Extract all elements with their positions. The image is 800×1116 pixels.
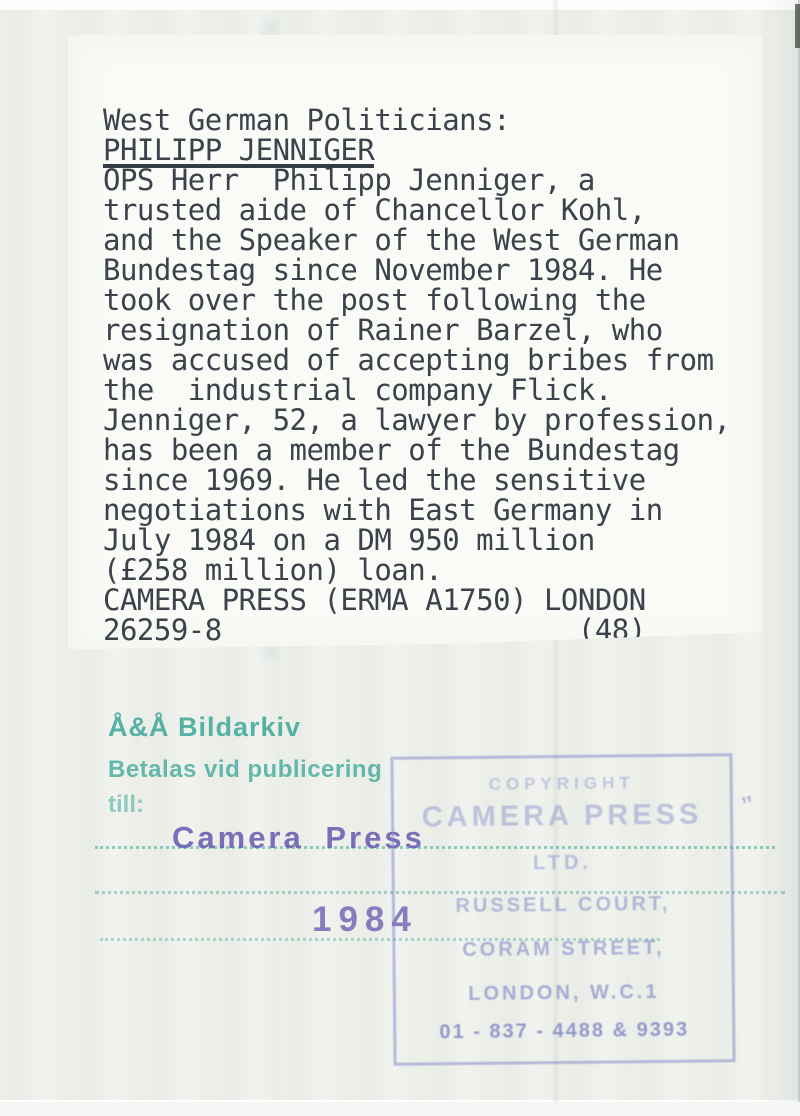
scanned-photo-back: West German Politicians: PHILIPP JENNIGE…	[0, 0, 800, 1116]
copyright-box-stamp: COPYRIGHT CAMERA PRESS LTD. RUSSELL COUR…	[390, 753, 735, 1066]
copyright-address-street: CORAM STREET,	[395, 936, 731, 963]
caption-line: and the Speaker of the West German	[103, 225, 753, 255]
caption-line: since 1969. He led the sensitive	[103, 465, 753, 495]
caption-line: Jenniger, 52, a lawyer by profession,	[103, 405, 753, 435]
copyright-label: COPYRIGHT	[394, 772, 730, 796]
copyright-ltd: LTD.	[394, 850, 730, 877]
caption-line: negotiations with East Germany in	[103, 495, 753, 525]
caption-line: resignation of Rainer Barzel, who	[103, 315, 753, 345]
caption-category: West German Politicians:	[103, 105, 753, 135]
scan-bottom-margin	[0, 1102, 800, 1116]
caption-credit-line: CAMERA PRESS (ERMA A1750) LONDON	[103, 585, 753, 615]
copyright-agency-name: CAMERA PRESS	[394, 798, 730, 835]
caption-line: the industrial company Flick.	[103, 375, 753, 405]
copyright-address-city: LONDON, W.C.1	[396, 980, 732, 1007]
archive-stamp-till-label: till:	[108, 791, 382, 819]
archive-stamp-name: Å&Å Bildarkiv	[108, 712, 382, 743]
copyright-phone: 01 - 837 - 4488 & 9393	[396, 1018, 732, 1045]
typed-caption: West German Politicians: PHILIPP JENNIGE…	[103, 105, 753, 645]
caption-line: was accused of accepting bribes from	[103, 345, 753, 375]
caption-subject: PHILIPP JENNIGER	[103, 135, 753, 165]
caption-line: took over the post following the	[103, 285, 753, 315]
caption-line: OPS Herr Philipp Jenniger, a	[103, 165, 753, 195]
caption-line: has been a member of the Bundestag	[103, 435, 753, 465]
caption-line: July 1984 on a DM 950 million	[103, 525, 753, 555]
caption-slip: West German Politicians: PHILIPP JENNIGE…	[68, 35, 762, 652]
archive-stamp: Å&Å Bildarkiv Betalas vid publicering ti…	[108, 712, 382, 819]
caption-line: trusted aide of Chancellor Kohl,	[103, 195, 753, 225]
caption-line: (£258 million) loan.	[103, 555, 753, 585]
copyright-address-court: RUSSELL COURT,	[395, 892, 731, 919]
caption-line: Bundestag since November 1984. He	[103, 255, 753, 285]
archive-stamp-payment-note: Betalas vid publicering	[108, 756, 382, 784]
camera-press-credit-stamp: Camera Press	[172, 820, 425, 856]
